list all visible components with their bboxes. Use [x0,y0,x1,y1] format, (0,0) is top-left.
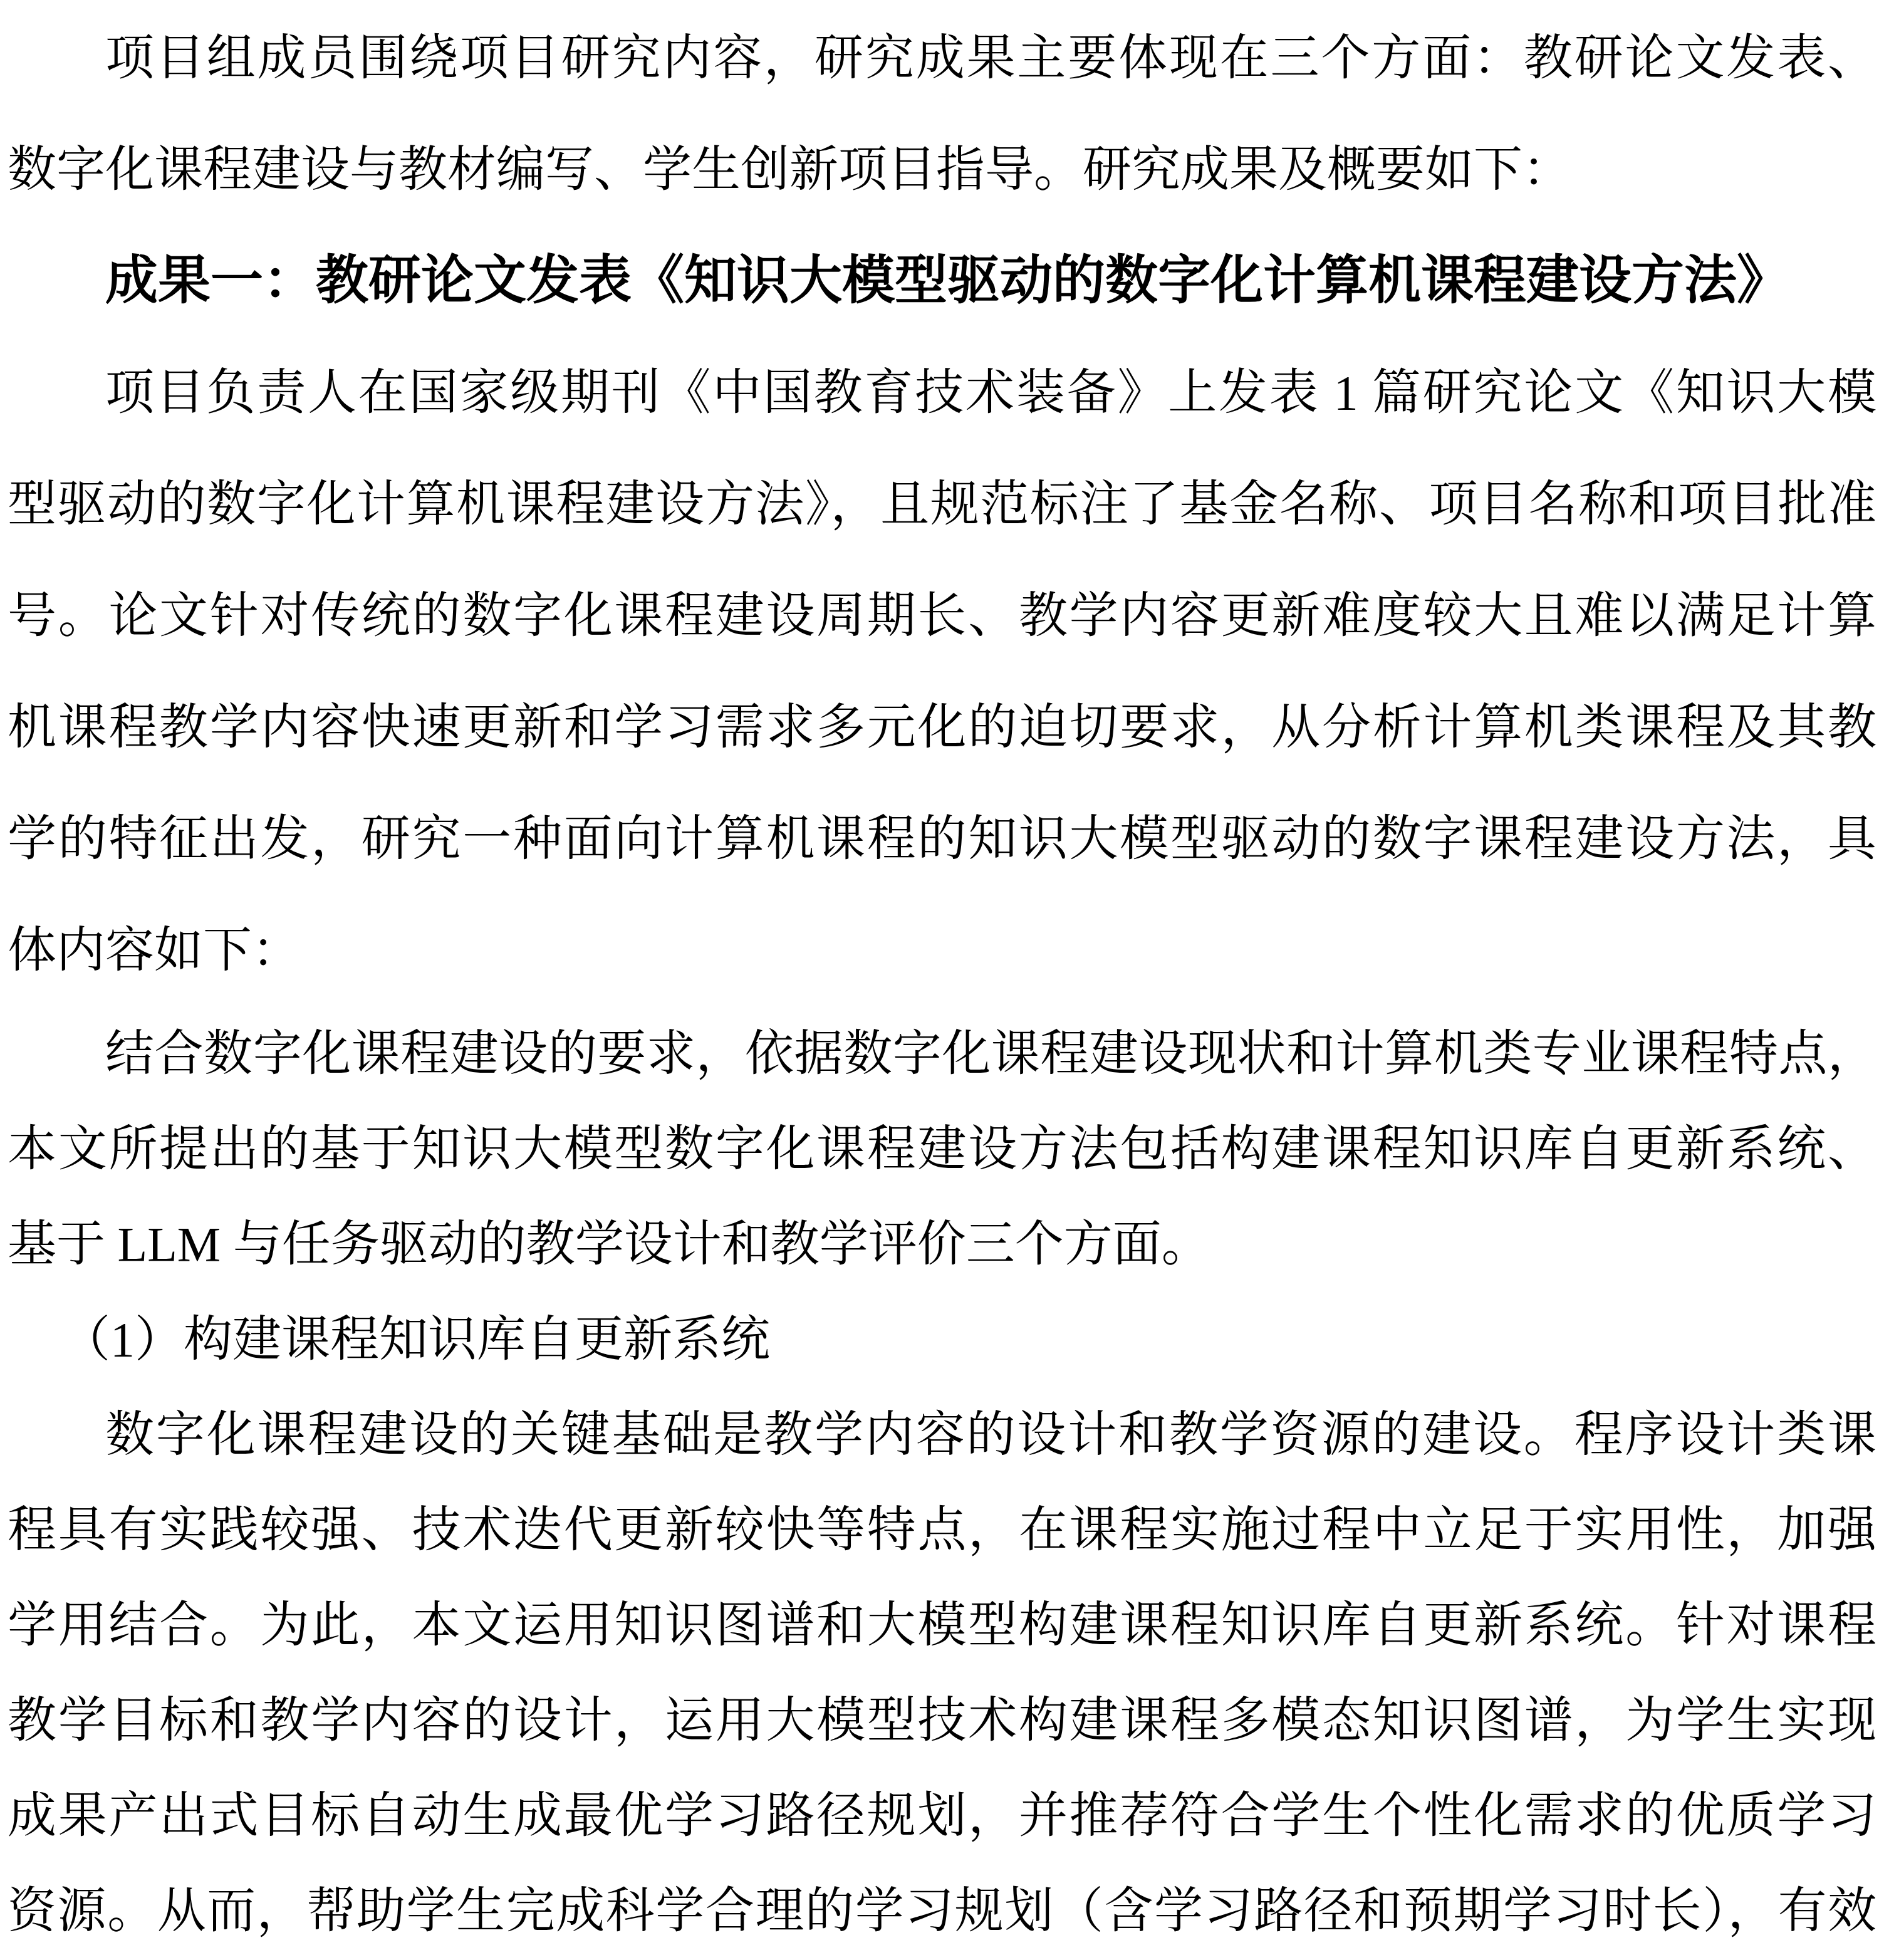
document-line: 学的特征出发，研究一种面向计算机课程的知识大模型驱动的数字课程建设方法，具 [8,783,1876,895]
document-line: 学用结合。为此，本文运用知识图谱和大模型构建课程知识库自更新系统。针对课程 [8,1578,1876,1673]
document-line: 资源。从而，帮助学生完成科学合理的学习规划（含学习路径和预期学习时长），有效 [8,1864,1876,1959]
section-heading: 成果一：教研论文发表《知识大模型驱动的数字化计算机课程建设方法》 [8,226,1876,337]
document-line: 数字化课程建设与教材编写、学生创新项目指导。研究成果及概要如下： [8,114,1876,226]
document-line: 项目负责人在国家级期刊《中国教育技术装备》上发表 1 篇研究论文《知识大模 [8,337,1876,449]
document-line: 体内容如下： [8,895,1876,1006]
document-line: 程具有实践较强、技术迭代更新较快等特点，在课程实施过程中立足于实用性，加强 [8,1483,1876,1578]
document-page: 项目组成员围绕项目研究内容，研究成果主要体现在三个方面：教研论文发表、 数字化课… [8,3,1876,1960]
document-line: 教学目标和教学内容的设计，运用大模型技术构建课程多模态知识图谱，为学生实现 [8,1673,1876,1768]
document-line: 型驱动的数字化计算机课程建设方法》，且规范标注了基金名称、项目名称和项目批准 [8,449,1876,560]
document-line: 项目组成员围绕项目研究内容，研究成果主要体现在三个方面：教研论文发表、 [8,3,1876,114]
document-line: 结合数字化课程建设的要求，依据数字化课程建设现状和计算机类专业课程特点， [8,1006,1876,1102]
document-line: 本文所提出的基于知识大模型数字化课程建设方法包括构建课程知识库自更新系统、 [8,1102,1876,1197]
document-line: 成果产出式目标自动生成最优学习路径规划，并推荐符合学生个性化需求的优质学习 [8,1768,1876,1864]
document-line: 基于 LLM 与任务驱动的教学设计和教学评价三个方面。 [8,1197,1876,1292]
document-line: 号。论文针对传统的数字化课程建设周期长、教学内容更新难度较大且难以满足计算 [8,560,1876,672]
list-item-heading: （1）构建课程知识库自更新系统 [8,1292,1876,1387]
document-line: 机课程教学内容快速更新和学习需求多元化的迫切要求，从分析计算机类课程及其教 [8,672,1876,783]
document-line: 数字化课程建设的关键基础是教学内容的设计和教学资源的建设。程序设计类课 [8,1387,1876,1483]
